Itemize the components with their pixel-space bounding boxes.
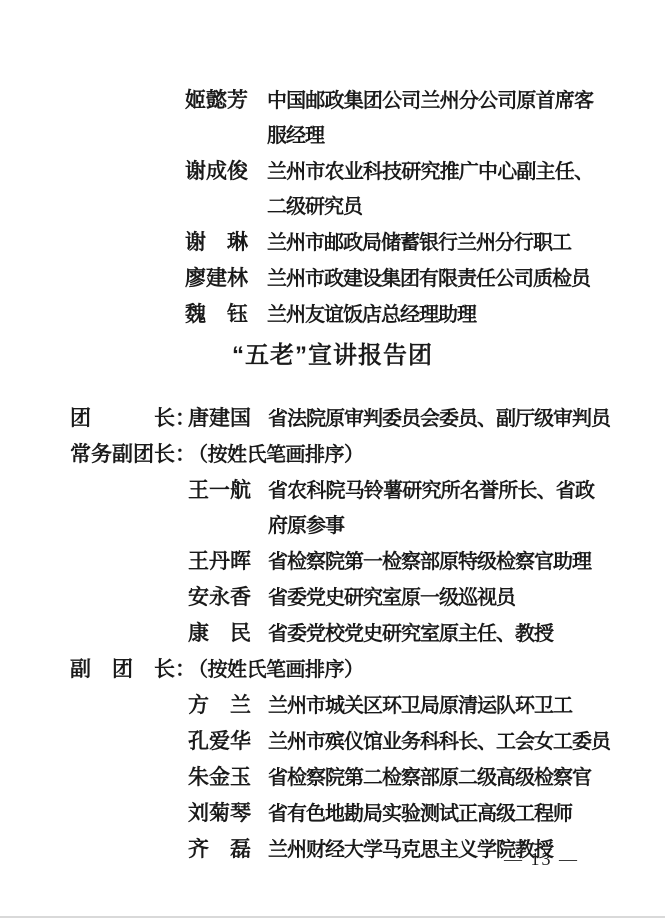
member-title: 省检察院第二检察部原二级高级检察官 [268,761,591,796]
member-name: 孔爱华 [188,724,251,759]
member-entry: 姬懿芳 中国邮政集团公司兰州分公司原首席客 服经理 [0,83,665,154]
member-name: 方 兰 [188,688,251,723]
member-name: 王丹晖 [188,544,251,579]
roster: 团 长 ： 唐建国 省法院原审判委员会委员、副厅级审判员 常务副团长 ： （按姓… [0,401,665,868]
roster-row: 王丹晖 省检察院第一检察部原特级检察官助理 [0,544,665,580]
section-heading: “五老”宣讲报告团 [0,338,665,374]
member-name: 刘菊琴 [188,796,251,831]
member-title-line: 省农科院马铃薯研究所名誉所长、省政 [268,474,594,509]
sort-note: （按姓氏笔画排序） [188,653,364,688]
page-number: — 13 — [504,849,579,870]
member-entry: 廖建林 兰州市政建设集团有限责任公司质检员 [0,261,665,297]
member-title-line: 省法院原审判委员会委员、副厅级审判员 [268,402,610,437]
member-name: 谢 琳 [185,225,248,260]
member-title: 兰州友谊饭店总经理助理 [267,298,476,333]
member-list-continued: 姬懿芳 中国邮政集团公司兰州分公司原首席客 服经理 谢成俊 兰州市农业科技研究推… [0,83,665,333]
member-title: 省委党校党史研究室原主任、教授 [268,617,553,652]
roster-row: 孔爱华 兰州市殡仪馆业务科科长、工会女工委员 [0,724,665,760]
member-title-line: 服经理 [267,119,593,154]
member-name: 齐 磊 [188,832,251,867]
roster-row: 朱金玉 省检察院第二检察部原二级高级检察官 [0,760,665,796]
document-page: 姬懿芳 中国邮政集团公司兰州分公司原首席客 服经理 谢成俊 兰州市农业科技研究推… [0,0,665,918]
roster-row: 康 民 省委党校党史研究室原主任、教授 [0,616,665,652]
member-name: 唐建国 [188,401,251,436]
member-entry: 魏 钰 兰州友谊饭店总经理助理 [0,297,665,333]
member-title-line: 省检察院第一检察部原特级检察官助理 [268,545,591,580]
member-name: 王一航 [188,473,251,508]
roster-row: 常务副团长 ： （按姓氏笔画排序） [0,437,665,473]
member-title: 省检察院第一检察部原特级检察官助理 [268,545,591,580]
member-title: 中国邮政集团公司兰州分公司原首席客 服经理 [267,84,593,154]
roster-row: 方 兰 兰州市城关区环卫局原清运队环卫工 [0,688,665,724]
member-name: 朱金玉 [188,760,251,795]
member-name: 廖建林 [185,261,248,296]
member-title-line: 省委党史研究室原一级巡视员 [268,581,515,616]
roster-row: 团 长 ： 唐建国 省法院原审判委员会委员、副厅级审判员 [0,401,665,437]
member-name: 安永香 [188,580,251,615]
role-colon: ： [175,652,188,687]
member-title: 兰州市政建设集团有限责任公司质检员 [267,262,590,297]
member-title-line: 二级研究员 [267,190,593,225]
role-label: 副 团 长 [70,652,175,687]
member-name: 姬懿芳 [185,83,248,118]
member-title-line: 兰州市政建设集团有限责任公司质检员 [267,262,590,297]
roster-row: 刘菊琴 省有色地勘局实验测试正高级工程师 [0,796,665,832]
member-title: 兰州市殡仪馆业务科科长、工会女工委员 [268,725,610,760]
member-title-line: 兰州市农业科技研究推广中心副主任、 [267,155,593,190]
member-title: 兰州市城关区环卫局原清运队环卫工 [268,689,572,724]
role-colon: ： [175,401,188,436]
member-name: 康 民 [188,616,251,651]
member-title-line: 省检察院第二检察部原二级高级检察官 [268,761,591,796]
member-name: 魏 钰 [185,297,248,332]
role-colon: ： [175,437,188,472]
member-name: 谢成俊 [185,154,248,189]
member-title-line: 省委党校党史研究室原主任、教授 [268,617,553,652]
member-title: 省有色地勘局实验测试正高级工程师 [268,797,572,832]
member-title: 省法院原审判委员会委员、副厅级审判员 [268,402,610,437]
member-title-line: 兰州市邮政局储蓄银行兰州分行职工 [267,226,571,261]
member-title: 省农科院马铃薯研究所名誉所长、省政 府原参事 [268,474,594,544]
member-title-line: 省有色地勘局实验测试正高级工程师 [268,797,572,832]
member-title-line: 兰州友谊饭店总经理助理 [267,298,476,333]
roster-row: 安永香 省委党史研究室原一级巡视员 [0,580,665,616]
roster-row: 王一航 省农科院马铃薯研究所名誉所长、省政 府原参事 [0,473,665,544]
sort-note: （按姓氏笔画排序） [188,438,364,473]
role-label: 常务副团长 [70,437,175,472]
member-title-line: 中国邮政集团公司兰州分公司原首席客 [267,84,593,119]
member-title: 兰州市农业科技研究推广中心副主任、 二级研究员 [267,155,593,225]
member-entry: 谢 琳 兰州市邮政局储蓄银行兰州分行职工 [0,225,665,261]
member-title-line: 兰州市殡仪馆业务科科长、工会女工委员 [268,725,610,760]
member-title-line: 府原参事 [268,509,594,544]
member-title: 兰州市邮政局储蓄银行兰州分行职工 [267,226,571,261]
roster-row: 副 团 长 ： （按姓氏笔画排序） [0,652,665,688]
role-label: 团 长 [70,401,175,436]
member-entry: 谢成俊 兰州市农业科技研究推广中心副主任、 二级研究员 [0,154,665,225]
member-title-line: 兰州市城关区环卫局原清运队环卫工 [268,689,572,724]
member-title: 省委党史研究室原一级巡视员 [268,581,515,616]
